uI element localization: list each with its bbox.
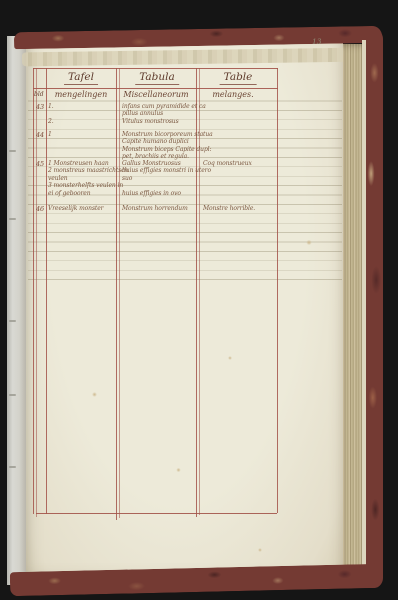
handwriting-line: suo xyxy=(122,175,132,182)
foxing-spot xyxy=(228,356,232,360)
handwriting-line: 1 xyxy=(48,131,52,138)
handwriting-line: huius effigies in ovo xyxy=(122,190,181,197)
handwriting-line: Capite humano duplici xyxy=(122,138,189,145)
foxing-spot xyxy=(176,468,181,472)
foxing-spot xyxy=(258,548,262,552)
entry-number: 46 xyxy=(36,205,44,213)
handwriting-line: Monstrum horrendum xyxy=(122,205,188,212)
cover-right-edge xyxy=(366,28,383,588)
handwriting-line: Monstrum biceps Capite dupl: xyxy=(122,146,211,153)
entry-number: 43 xyxy=(36,103,44,111)
handwriting-line: Coq monstrueux xyxy=(203,160,252,167)
handwriting-line: veulen xyxy=(48,175,68,182)
handwriting-line: 3 monsterhelfts veulen in xyxy=(48,182,123,189)
handwriting-line: Vitulus monstrosus xyxy=(122,118,179,125)
handwriting-line: 1 Monstreusen haan xyxy=(48,160,109,167)
manuscript-photo: 13 Tafel Tabula Table bld mengelingen Mi… xyxy=(0,0,398,600)
handwriting-line: huius effigies monstri in utero xyxy=(122,167,211,174)
foxing-spot xyxy=(92,392,97,397)
handwriting-line: ei of gebooren xyxy=(48,190,90,197)
entry-number: 45 xyxy=(36,160,44,168)
handwriting-line: 2 monstreus maastrichtsch xyxy=(48,167,128,174)
handwriting-line: Vreeselijk monster xyxy=(48,205,103,212)
page-edge-stack xyxy=(343,44,363,574)
handwriting-line: Monstre horrible. xyxy=(203,205,255,212)
foxing-spot xyxy=(306,240,312,245)
table-entries: 431.2.infans cum pyramidide et capillus … xyxy=(0,0,398,600)
handwriting-line: infans cum pyramidide et ca xyxy=(122,103,206,110)
entry-number: 44 xyxy=(36,131,44,139)
handwriting-line: 1. xyxy=(48,103,54,110)
handwriting-line: 2. xyxy=(48,118,54,125)
handwriting-line: Gallus Monstruosus xyxy=(122,160,181,167)
handwriting-line: Monstrum bicorporeum statua xyxy=(122,131,213,138)
handwriting-line: pillus annulus xyxy=(122,110,163,117)
